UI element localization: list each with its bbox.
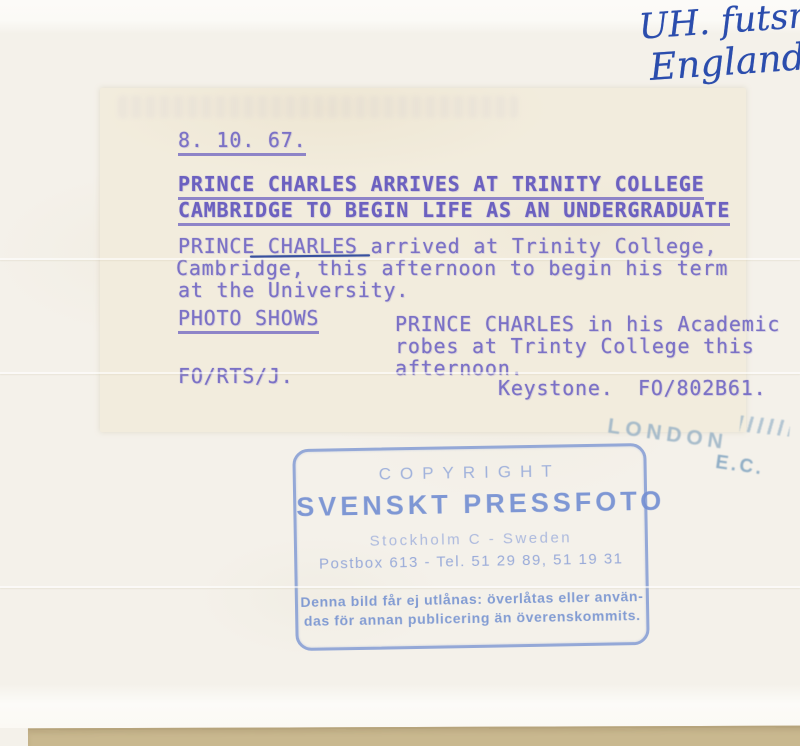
paper-crease-line [0,258,800,260]
paper-crease-line [0,586,800,588]
caption-body-line-1: PRINCE CHARLES arrived at Trinity Colleg… [178,234,717,258]
stamp-copyright-label: COPYRIGHT [296,460,644,486]
typed-caption-slip: 8. 10. 67. PRINCE CHARLES ARRIVES AT TRI… [100,88,746,432]
ghost-typing-impression [118,96,518,118]
paper-crease-line [0,372,800,374]
caption-headline-line-1: PRINCE CHARLES ARRIVES AT TRINITY COLLEG… [178,172,704,200]
photo-edge-strip [28,726,800,746]
photo-shows-label: PHOTO SHOWS [178,306,319,334]
stamp-usage-notice-line-1: Denna bild får ej utlånas: överlåtas ell… [298,588,646,610]
photo-bottom-margin [0,684,800,728]
agency-credit: Keystone. [498,376,614,400]
photo-back-scan: UH. futsr England 8. 10. 67. PRINCE CHAR… [0,0,800,746]
caption-reference-code-right: FO/802B61. [638,376,766,400]
caption-reference-code-left: FO/RTS/J. [178,364,294,388]
stamp-agency-name: SVENSKT PRESSFOTO [296,486,644,523]
stamp-usage-notice-line-2: das för annan publicering än överenskomm… [298,607,646,629]
caption-body-line-3: at the University. [178,278,409,302]
caption-headline-line-2: CAMBRIDGE TO BEGIN LIFE AS AN UNDERGRADU… [178,198,730,226]
stamp-contact: Postbox 613 - Tel. 51 29 89, 51 19 31 [297,550,645,573]
stamp-address: Stockholm C - Sweden [297,528,645,551]
london-stamp-district: E.C. [714,452,766,481]
photo-description-line-2: robes at Trinty College this [395,334,755,358]
handwritten-annotation: UH. futsr England [637,0,800,90]
caption-date: 8. 10. 67. [178,128,306,156]
svenskt-pressfoto-copyright-stamp: COPYRIGHT SVENSKT PRESSFOTO Stockholm C … [292,443,649,651]
photo-description-line-1: PRINCE CHARLES in his Academic [395,312,780,336]
